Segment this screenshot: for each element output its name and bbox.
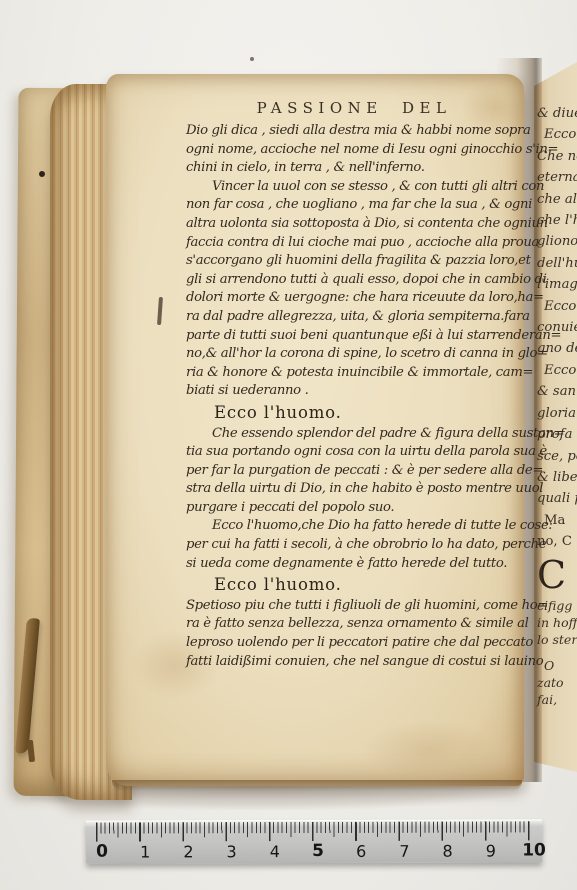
text-line: Vincer la uuol con se stesso , & con tut…: [186, 178, 522, 197]
text-line: biati si uederanno .: [186, 382, 522, 401]
paragraph: Che essendo splendor del padre & figura …: [186, 425, 522, 518]
ruler-number: 1: [140, 842, 150, 861]
text-line: Che essendo splendor del padre & figura …: [186, 425, 522, 444]
text-line: per far la purgation de peccati : & è pe…: [186, 462, 522, 481]
ruler-numbers: 012345678910: [86, 819, 542, 863]
section-heading: Ecco l'huomo.: [214, 404, 522, 423]
ruler-number: 3: [227, 842, 237, 861]
text-block: Dio gli dica , siedi alla destra mia & h…: [186, 122, 522, 671]
ruler-number: 2: [183, 842, 193, 861]
ink-speck: [39, 171, 45, 177]
page-bottom-edge: [112, 780, 522, 791]
ruler-number: 8: [443, 842, 453, 861]
text-line: gli si arrendono tutti à quali esso, dop…: [186, 271, 522, 290]
text-line: faccia contra di lui cioche mai puo , ac…: [186, 234, 522, 253]
text-line: chini in cielo, in terra , & nell'infern…: [186, 159, 522, 178]
text-line: Spetioso piu che tutti i figliuoli de gl…: [186, 597, 522, 616]
text-line: altra uolonta sia sottoposta à Dio, si c…: [186, 215, 522, 234]
text-line: Dio gli dica , siedi alla destra mia & h…: [186, 122, 522, 141]
text-line: s'accorgano gli huomini della fragilita …: [186, 252, 522, 271]
text-line: tia sua portando ogni cosa con la uirtu …: [186, 443, 522, 462]
ruler-number: 5: [312, 841, 324, 861]
text-line: no,& all'hor la corona di spine, lo scet…: [186, 345, 522, 364]
running-header: PASSIONE DEL: [186, 99, 522, 117]
text-line: leproso uolendo per li peccatori patire …: [186, 634, 522, 653]
page-text: PASSIONE DEL Dio gli dica , siedi alla d…: [186, 99, 522, 671]
text-line: ra dal padre allegrezza, uita, & gloria …: [186, 308, 522, 327]
section-heading: Ecco l'huomo.: [214, 576, 522, 595]
paragraph: Dio gli dica , siedi alla destra mia & h…: [186, 122, 522, 178]
text-line: si ueda come degnamente è fatto herede d…: [186, 555, 522, 574]
text-line: stra della uirtu di Dio, in che habito è…: [186, 480, 522, 499]
text-line: fatti laidißimi conuien, che nel sangue …: [186, 653, 522, 672]
ruler: 012345678910: [86, 819, 542, 863]
paragraph: Spetioso piu che tutti i figliuoli de gl…: [186, 597, 522, 671]
text-line: per cui ha fatti i secoli, à che obrobri…: [186, 536, 522, 555]
ruler-number: 6: [356, 842, 366, 861]
text-line: dolori morte & uergogne: che hara riceuu…: [186, 289, 522, 308]
text-line: purgare i peccati del popolo suo.: [186, 499, 522, 518]
text-line: ra è fatto senza bellezza, senza ornamen…: [186, 615, 522, 634]
text-line: ria & honore & potesta inuincibile & imm…: [186, 364, 522, 383]
paragraph: Vincer la uuol con se stesso , & con tut…: [186, 178, 522, 401]
text-line: Ecco l'huomo,che Dio ha fatto herede di …: [186, 517, 522, 536]
ruler-number: 9: [486, 842, 496, 861]
text-line: ogni nome, accioche nel nome di Iesu ogn…: [186, 141, 522, 160]
text-line: parte di tutti suoi beni quantunque eßi …: [186, 327, 522, 346]
ruler-number: 4: [270, 842, 280, 861]
ruler-number: 0: [96, 842, 108, 862]
ruler-number: 10: [522, 840, 546, 860]
stain: [360, 720, 500, 780]
paragraph: Ecco l'huomo,che Dio ha fatto herede di …: [186, 517, 522, 573]
ruler-number: 7: [399, 842, 409, 861]
ink-speck: [250, 57, 254, 61]
text-line: non far cosa , che uogliano , ma far che…: [186, 196, 522, 215]
